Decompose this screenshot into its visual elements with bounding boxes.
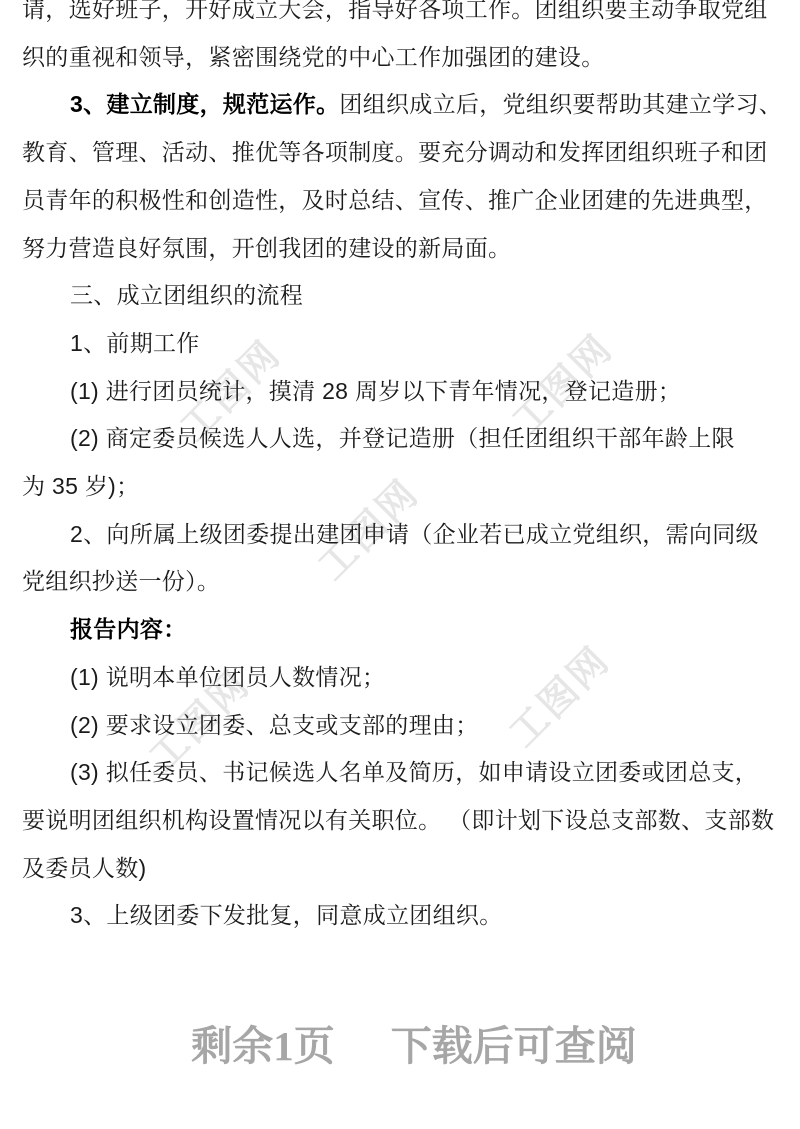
- doc-line: 要说明团组织机构设置情况以有关职位。 （即计划下设总支部数、支部数: [22, 797, 778, 845]
- doc-line: (2) 商定委员候选人人选，并登记造册（担任团组织干部年龄上限: [22, 415, 778, 463]
- doc-line: 三、成立团组织的流程: [22, 272, 778, 320]
- doc-text-segment: 员青年的积极性和创造性，及时总结、宣传、推广企业团建的先进典型，: [22, 187, 768, 213]
- doc-line: 及委员人数): [22, 845, 778, 893]
- document-page: 工图网工图网工图网工图网工图网 请，选好班子，开好成立大会，指导好各项工作。团组…: [0, 0, 800, 1129]
- doc-text-segment: 三、成立团组织的流程: [70, 282, 303, 308]
- doc-line: 3、建立制度，规范运作。团组织成立后，党组织要帮助其建立学习、: [22, 81, 778, 129]
- doc-line: (1) 进行团员统计，摸清 28 周岁以下青年情况，登记造册；: [22, 368, 778, 416]
- footer-gap: [335, 1022, 391, 1071]
- doc-line: 教育、管理、活动、推优等各项制度。要充分调动和发挥团组织班子和团: [22, 129, 778, 177]
- doc-line: 3、上级团委下发批复，同意成立团组织。: [22, 892, 778, 940]
- doc-text-segment: 3、上级团委下发批复，同意成立团组织。: [70, 902, 503, 928]
- doc-line: (1) 说明本单位团员人数情况；: [22, 654, 778, 702]
- doc-text-segment: (3) 拟任委员、书记候选人名单及简历，如申请设立团委或团总支，: [70, 759, 758, 785]
- doc-line: 织的重视和领导，紧密围绕党的中心工作加强团的建设。: [22, 34, 778, 82]
- doc-line: 努力营造良好氛围，开创我团的建设的新局面。: [22, 225, 778, 273]
- remaining-pages-label: 剩余1页: [191, 1022, 335, 1071]
- doc-line: 2、向所属上级团委提出建团申请（企业若已成立党组织，需向同级: [22, 511, 778, 559]
- doc-text-segment: (1) 进行团员统计，摸清 28 周岁以下青年情况，登记造册；: [70, 378, 681, 404]
- doc-line: 党组织抄送一份）。: [22, 558, 778, 606]
- document-body: 请，选好班子，开好成立大会，指导好各项工作。团组织要主动争取党组织的重视和领导，…: [22, 0, 778, 940]
- doc-text-segment: 1、前期工作: [70, 330, 200, 356]
- doc-text-segment: 织的重视和领导，紧密围绕党的中心工作加强团的建设。: [22, 44, 605, 70]
- doc-text-segment: 为 35 岁)；: [22, 473, 139, 499]
- doc-line: (2) 要求设立团委、总支或支部的理由；: [22, 702, 778, 750]
- doc-text-segment: (1) 说明本单位团员人数情况；: [70, 664, 385, 690]
- doc-text-segment: 报告内容：: [70, 616, 187, 642]
- doc-text-segment: (2) 商定委员候选人人选，并登记造册（担任团组织干部年龄上限: [70, 425, 735, 451]
- doc-text-segment: 党组织抄送一份）。: [22, 568, 220, 594]
- doc-text-segment: 团组织成立后，党组织要帮助其建立学习、: [339, 91, 782, 117]
- doc-text-segment: (2) 要求设立团委、总支或支部的理由；: [70, 712, 479, 738]
- doc-line: 请，选好班子，开好成立大会，指导好各项工作。团组织要主动争取党组: [22, 0, 778, 34]
- doc-line: 员青年的积极性和创造性，及时总结、宣传、推广企业团建的先进典型，: [22, 177, 778, 225]
- doc-text-segment: 2、向所属上级团委提出建团申请（企业若已成立党组织，需向同级: [70, 521, 759, 547]
- doc-text-segment: 要说明团组织机构设置情况以有关职位。 （即计划下设总支部数、支部数: [22, 807, 774, 833]
- download-hint-label: 下载后可查阅: [391, 1022, 637, 1071]
- doc-line: 为 35 岁)；: [22, 463, 778, 511]
- doc-text-segment: 请，选好班子，开好成立大会，指导好各项工作。团组织要主动争取党组: [22, 0, 768, 22]
- doc-text-segment: 3、建立制度，规范运作。: [70, 91, 339, 117]
- doc-text-segment: 教育、管理、活动、推优等各项制度。要充分调动和发挥团组织班子和团: [22, 139, 768, 165]
- doc-text-segment: 及委员人数): [22, 855, 146, 881]
- doc-text-segment: 努力营造良好氛围，开创我团的建设的新局面。: [22, 235, 511, 261]
- pagination-notice: 剩余1页 下载后可查阅: [14, 1022, 800, 1071]
- doc-line: 1、前期工作: [22, 320, 778, 368]
- doc-line: (3) 拟任委员、书记候选人名单及简历，如申请设立团委或团总支，: [22, 749, 778, 797]
- doc-line: 报告内容：: [22, 606, 778, 654]
